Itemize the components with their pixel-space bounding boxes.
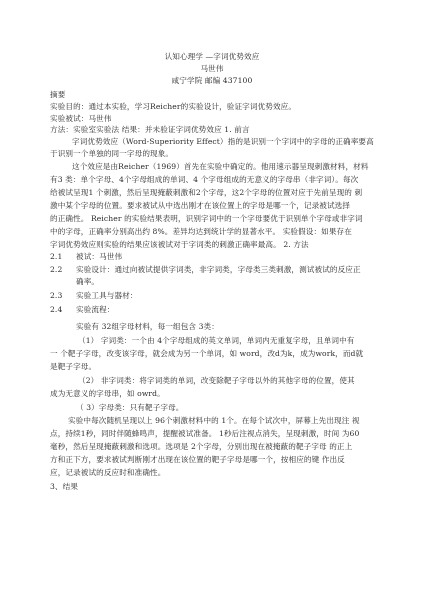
- abstract-purpose: 实验目的：通过本实验，学习Reicher的实验设计，验证字词优势效应。: [50, 102, 296, 112]
- procedure-line: 成为无意义的字母串，如 owrd。: [50, 389, 165, 399]
- section-number: 2.4: [50, 305, 76, 315]
- intro-line: 字词优势效应（Word-Superiority Effect）指的是识别一个字词…: [72, 137, 374, 147]
- procedure-line: 点，持续1秒，同时伴随蜂鸣声，提醒被试准备。 1秒后注视点消失，呈现刺激，时间 …: [50, 429, 359, 439]
- intro-line: 有3 类：单个字母、4个字母组成的单词、4 个字母组成的无意义的字母串（非字词）…: [50, 175, 358, 185]
- section-text: 实验设计：通过向被试提供字词类，非字词类，字母类三类刺激，测试被试的反应正: [76, 265, 361, 274]
- abstract-heading: 摘要: [50, 90, 65, 100]
- method-item-2-1: 2.1被试：马世伟: [50, 252, 122, 262]
- intro-line: 的正确性。 Reicher 的实验结果表明，识别字词中的一个字母要优于识别单个字…: [50, 214, 363, 224]
- intro-line: 于识别一个单独的同一字母的现象。: [50, 149, 173, 159]
- procedure-line: （1） 字词类：一个由 4个字母组成的英文单词，单词内无重复字母，且单词中有: [78, 336, 354, 346]
- procedure-line: 是靶子字母。: [50, 362, 96, 372]
- section-text: 实验流程：: [76, 305, 114, 314]
- procedure-line: 毫秒，然后呈现掩蔽刺激和选项。选项是 2个字母，分别出现在被掩蔽的靶子字母 的正…: [50, 442, 352, 452]
- affiliation: 咸宁学院 邮编 437100: [0, 76, 424, 86]
- paper-title: 认知心理学 —字词优势效应: [0, 52, 424, 62]
- section-text: 被试：马世伟: [76, 252, 122, 261]
- results-heading: 3、结果: [50, 482, 78, 492]
- abstract-subject: 实验被试：马世伟: [50, 114, 112, 124]
- section-number: 2.1: [50, 252, 76, 262]
- section-number: 2.3: [50, 291, 76, 301]
- procedure-line: 方和正下方，要求被试判断刚才出现在该位置的靶子字母是哪一个，按相应的键 作出反: [50, 455, 345, 465]
- method-item-2-2-cont: 确率。: [76, 277, 99, 287]
- method-item-2-2: 2.2实验设计：通过向被试提供字词类，非字词类，字母类三类刺激，测试被试的反应正: [50, 265, 361, 275]
- intro-line: 给被试呈现1 个刺激，然后呈现掩蔽刺激和2个字母，这2个字母的位置对应于先前呈现…: [50, 188, 362, 198]
- intro-line: 中的字母，正确率分别高出约 8%。差异均达到统计学的显著水平。 实验假设：如果存…: [50, 227, 352, 237]
- document-page: 认知心理学 —字词优势效应 马世伟 咸宁学院 邮编 437100 摘要 实验目的…: [0, 0, 424, 600]
- section-text: 实验工具与器材：: [76, 291, 138, 300]
- intro-line: 这个效应是由Reicher（1969）首先在实验中确定的。他用速示器呈现刺激材料…: [72, 162, 369, 172]
- procedure-line: 一 个靶子字母，改变该字母，就会成为另一个单词，如 word，改d为k，成为wo…: [50, 349, 363, 359]
- procedure-line: （2） 非字词类：将字词类的单词，改变除靶子字母以外的其他字母的位置，使其: [78, 376, 355, 386]
- procedure-line: 实验中每次随机呈现以上 96个刺激材料中的 1个。在每个试次中，屏幕上先出现注 …: [68, 416, 360, 426]
- method-item-2-4: 2.4实验流程：: [50, 305, 114, 315]
- procedure-line: 实验有 32组字母材料，每一组包含 3类：: [76, 322, 219, 332]
- section-number: 2.2: [50, 265, 76, 275]
- intro-line: 字词优势效应则实验的结果应该被试对于字词类的刺激正确率最高。 2. 方法: [50, 240, 309, 250]
- author-name: 马世伟: [0, 64, 424, 74]
- abstract-method-result: 方法：实验室实验法 结果：并未验证字词优势效应 1. 前言: [50, 125, 250, 135]
- method-item-2-3: 2.3实验工具与器材：: [50, 291, 138, 301]
- procedure-line: 应，记录被试的反应时和准确性。: [50, 468, 165, 478]
- procedure-line: （ 3）字母类：只有靶子字母。: [76, 403, 183, 413]
- intro-line: 激中某个字母的位置。要求被试从中选出刚才在该位置上的字母是哪一个，记录被试选择: [50, 201, 350, 211]
